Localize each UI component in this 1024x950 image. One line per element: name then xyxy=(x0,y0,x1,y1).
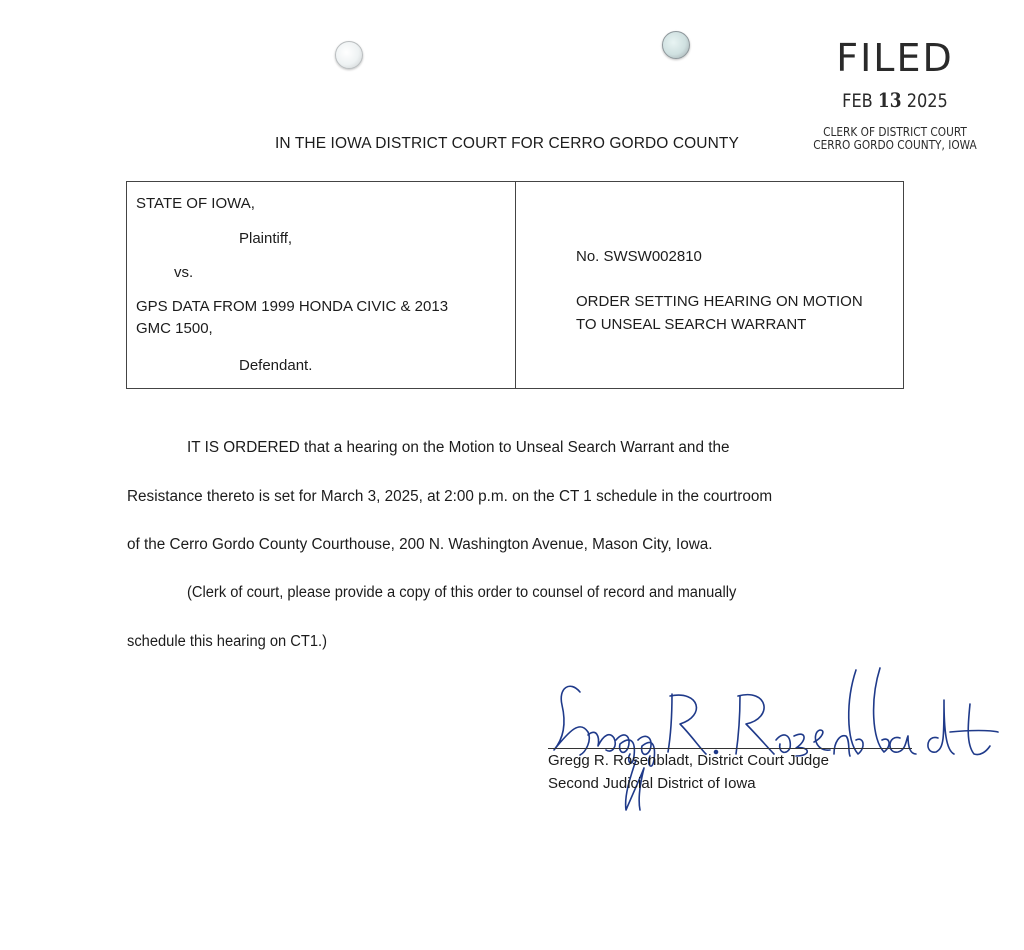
case-info-cell: No. SWSW002810 ORDER SETTING HEARING ON … xyxy=(516,182,903,388)
filed-year: 2025 xyxy=(907,90,948,112)
defendant-line-2: GMC 1500, xyxy=(136,320,213,337)
case-caption: STATE OF IOWA, Plaintiff, vs. GPS DATA F… xyxy=(126,181,904,389)
defendant-label: Defendant. xyxy=(239,357,312,374)
order-paragraph-2-line-1: (Clerk of court, please provide a copy o… xyxy=(187,584,736,602)
filed-month: FEB xyxy=(842,90,873,112)
clerk-line-2: CERRO GORDO COUNTY, IOWA xyxy=(803,139,988,151)
plaintiff-name: STATE OF IOWA, xyxy=(136,195,255,212)
signature-line xyxy=(548,748,912,749)
filed-day: 13 xyxy=(878,88,902,112)
order-paragraph-1-line-2: Resistance thereto is set for March 3, 2… xyxy=(127,488,772,506)
judge-signature-icon xyxy=(540,660,1000,820)
defendant-line-1: GPS DATA FROM 1999 HONDA CIVIC & 2013 xyxy=(136,298,448,315)
order-paragraph-2-line-2: schedule this hearing on CT1.) xyxy=(127,633,327,651)
parties-cell: STATE OF IOWA, Plaintiff, vs. GPS DATA F… xyxy=(127,182,516,388)
plaintiff-label: Plaintiff, xyxy=(239,230,292,247)
punch-hole-left xyxy=(335,41,363,69)
order-paragraph-1-line-3: of the Cerro Gordo County Courthouse, 20… xyxy=(127,536,713,554)
clerk-line-1: CLERK OF DISTRICT COURT xyxy=(803,126,988,138)
versus: vs. xyxy=(174,264,193,281)
filed-label: FILED xyxy=(790,38,1000,78)
judicial-district: Second Judicial District of Iowa xyxy=(548,775,756,792)
court-title: IN THE IOWA DISTRICT COURT FOR CERRO GOR… xyxy=(275,135,739,153)
judge-name-title: Gregg R. Rosenbladt, District Court Judg… xyxy=(548,752,829,769)
filed-stamp: FILED FEB 13 2025 CLERK OF DISTRICT COUR… xyxy=(790,38,1000,151)
order-title-line-2: TO UNSEAL SEARCH WARRANT xyxy=(576,316,806,333)
case-number: No. SWSW002810 xyxy=(576,248,702,265)
order-paragraph-1-line-1: IT IS ORDERED that a hearing on the Moti… xyxy=(187,439,729,457)
punch-hole-right xyxy=(662,31,690,59)
order-title-line-1: ORDER SETTING HEARING ON MOTION xyxy=(576,293,863,310)
filed-date: FEB 13 2025 xyxy=(806,88,985,112)
